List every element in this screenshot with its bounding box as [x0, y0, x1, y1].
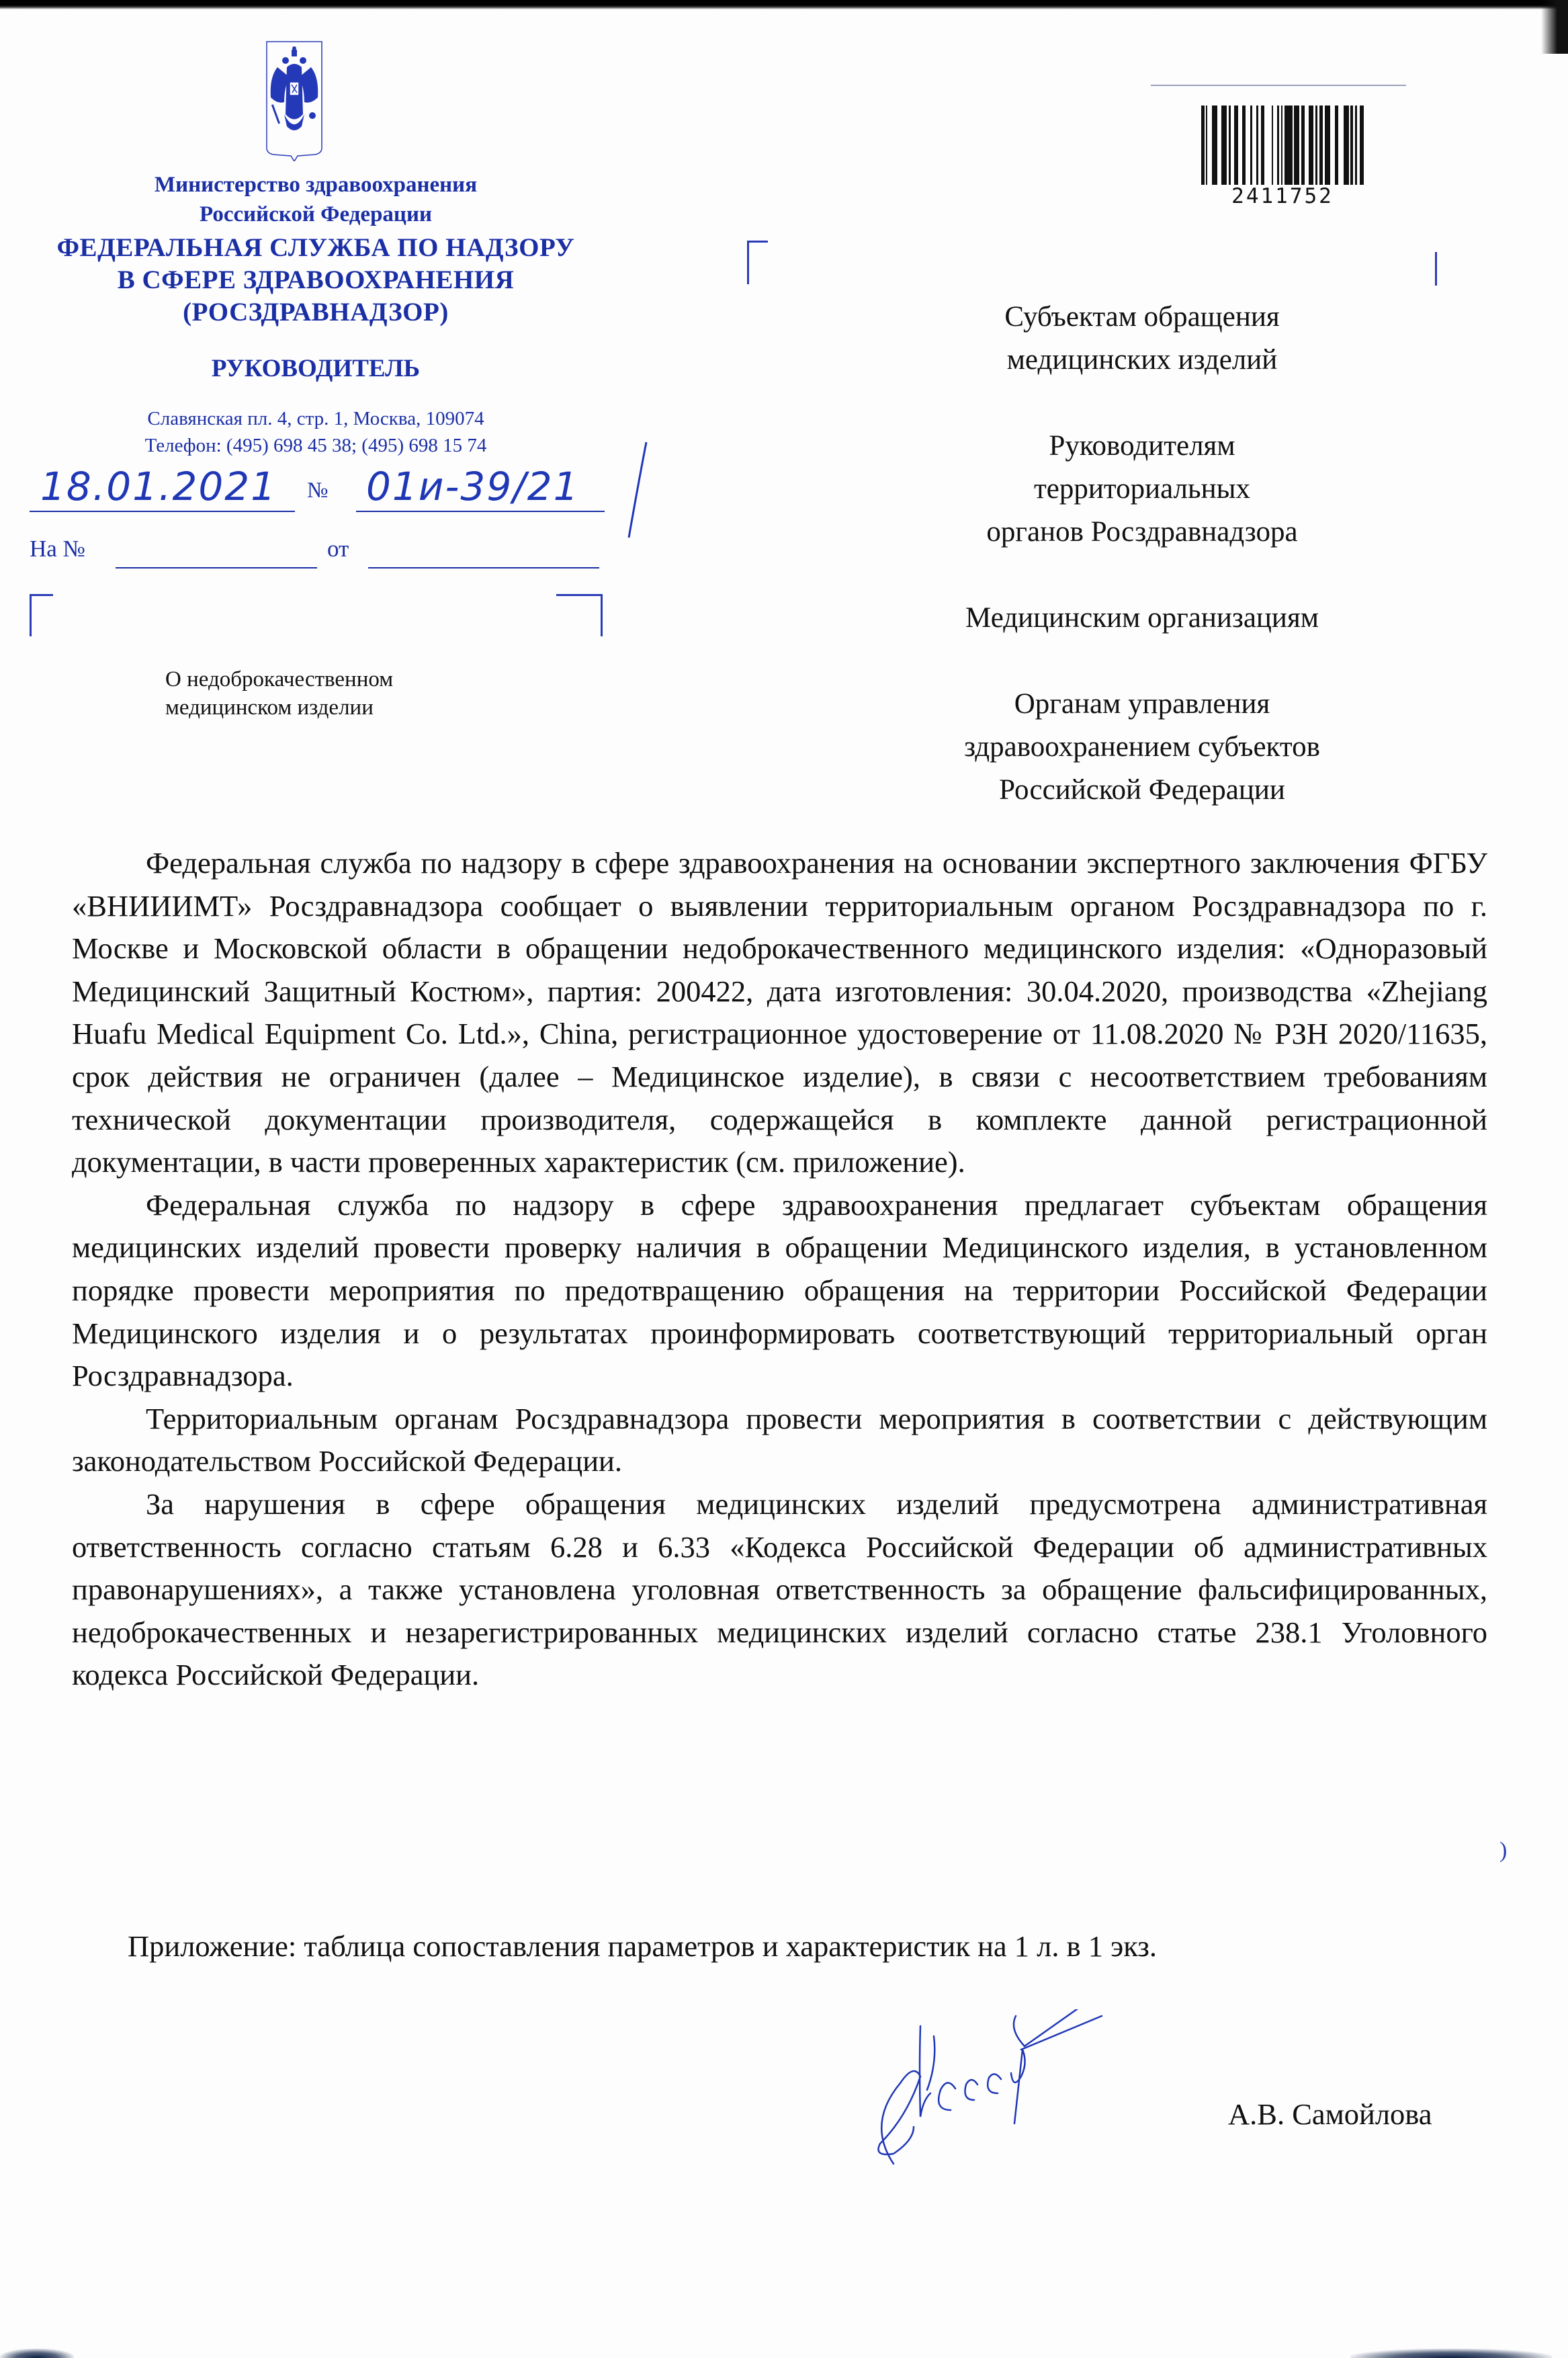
addressee-line: Российской Федерации [873, 769, 1411, 812]
service-line: ФЕДЕРАЛЬНАЯ СЛУЖБА ПО НАДЗОРУ [0, 232, 631, 264]
addressee-line: территориальных [873, 468, 1411, 511]
addressee-corner-right [1435, 252, 1437, 286]
coat-of-arms-icon [264, 40, 324, 161]
subject-line: О недоброкачественном [165, 665, 393, 693]
handwritten-signature-icon [840, 2009, 1156, 2171]
reply-number-field [116, 543, 317, 569]
service-line: (РОСЗДРАВНАДЗОР) [0, 296, 631, 329]
handwritten-slash-mark [605, 437, 685, 551]
addressee-line: Руководителям [873, 425, 1411, 468]
phone: Телефон: (495) 698 45 38; (495) 698 15 7… [0, 432, 631, 459]
address: Славянская пл. 4, стр. 1, Москва, 109074 [0, 405, 631, 432]
addressee-corner-left [747, 241, 768, 284]
ministry-line: Министерство здравоохранения [0, 170, 631, 200]
position-title: РУКОВОДИТЕЛЬ [0, 354, 631, 383]
scan-corner-shadow [1541, 0, 1568, 54]
scan-bottom-shadow [0, 2349, 74, 2358]
scan-bottom-shadow [1350, 2349, 1552, 2358]
handwritten-number: 01и-39/21 [366, 464, 580, 509]
barcode-number: 2411752 [1201, 184, 1364, 208]
reply-from-label: от [327, 536, 349, 562]
ministry-line: Российской Федерации [0, 200, 631, 229]
body-paragraph: За нарушения в сфере обращения медицинск… [72, 1483, 1487, 1697]
ministry-name: Министерство здравоохранения Российской … [0, 170, 631, 229]
subject-corner-left [30, 594, 53, 636]
letter-body: Федеральная служба по надзору в сфере зд… [72, 842, 1487, 1697]
handwritten-date: 18.01.2021 [40, 464, 277, 509]
attachment-note: Приложение: таблица сопоставления параме… [128, 1929, 1157, 1964]
body-paragraph: Федеральная служба по надзору в сфере зд… [72, 842, 1487, 1184]
barcode-icon [1201, 106, 1364, 185]
barcode-rule [1151, 85, 1406, 86]
number-sign: № [307, 478, 329, 503]
addressee-line: Органам управления [873, 683, 1411, 726]
addressee-line: медицинских изделий [873, 339, 1411, 382]
body-paragraph: Федеральная служба по надзору в сфере зд… [72, 1184, 1487, 1398]
margin-ink-mark: ) [1499, 1838, 1507, 1863]
contact-info: Славянская пл. 4, стр. 1, Москва, 109074… [0, 405, 631, 459]
scan-top-edge [0, 0, 1568, 9]
addressee-block: Субъектам обращения медицинских изделий [873, 296, 1411, 382]
service-line: В СФЕРЕ ЗДРАВООХРАНЕНИЯ [0, 264, 631, 296]
addressee-block: Органам управления здравоохранением субъ… [873, 683, 1411, 812]
addressee-line: здравоохранением субъектов [873, 726, 1411, 769]
signer-name: А.В. Самойлова [1228, 2097, 1432, 2132]
addressee-list: Субъектам обращения медицинских изделий … [873, 296, 1411, 855]
addressee-line: органов Росздравнадзора [873, 511, 1411, 554]
addressee-line: Субъектам обращения [873, 296, 1411, 339]
addressee-block: Руководителям территориальных органов Ро… [873, 425, 1411, 554]
reply-number-label: На № [30, 536, 85, 562]
service-name: ФЕДЕРАЛЬНАЯ СЛУЖБА ПО НАДЗОРУ В СФЕРЕ ЗД… [0, 232, 631, 329]
subject-line: медицинском изделии [165, 693, 393, 722]
body-paragraph: Территориальным органам Росздравнадзора … [72, 1398, 1487, 1483]
subject-corner-right [556, 594, 603, 636]
addressee-block: Медицинским организациям [873, 597, 1411, 640]
addressee-line: Медицинским организациям [873, 597, 1411, 640]
letter-subject: О недоброкачественном медицинском издели… [165, 665, 393, 722]
reply-date-field [368, 543, 599, 569]
